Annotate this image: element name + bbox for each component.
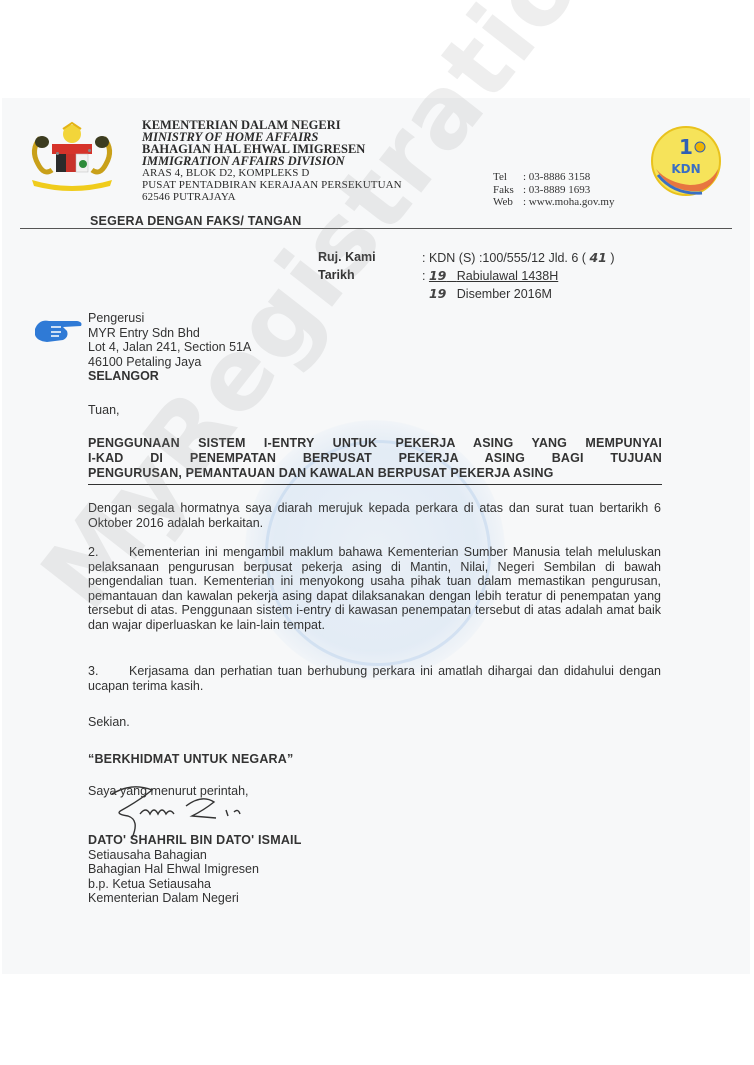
scan-speck — [88, 149, 91, 152]
date-gregorian: 19 Disember 2016M — [422, 285, 552, 303]
ref-handwritten-number: 41 — [589, 250, 606, 265]
svg-text:1: 1 — [679, 135, 693, 159]
contact-info: Tel: 03-8886 3158 Faks: 03-8889 1693 Web… — [493, 171, 614, 209]
ref-value: : KDN (S) :100/555/12 Jld. 6 ( 41 ) — [422, 249, 615, 267]
closing-sekian: Sekian. — [88, 715, 130, 729]
signatory-name: DATO' SHAHRIL BIN DATO' ISMAIL — [88, 833, 302, 848]
fax-value: : 03-8889 1693 — [523, 184, 590, 197]
signature-icon — [92, 780, 282, 840]
tel-label: Tel — [493, 171, 523, 184]
paragraph-number: 3. — [88, 664, 129, 679]
signatory-title: Bahagian Hal Ehwal Imigresen — [88, 862, 302, 877]
urgency-note: SEGERA DENGAN FAKS/ TANGAN — [90, 214, 301, 228]
tel-value: : 03-8886 3158 — [523, 171, 590, 184]
malaysia-coat-of-arms-icon — [22, 120, 122, 192]
paragraph-3: 3.Kerjasama dan perhatian tuan berhubung… — [88, 664, 661, 693]
web-label: Web — [493, 196, 523, 209]
pointing-hand-icon — [33, 315, 85, 345]
closing-motto: “BERKHIDMAT UNTUK NEGARA” — [88, 752, 293, 766]
svg-text:KDN: KDN — [671, 162, 700, 176]
signatory-title: Kementerian Dalam Negeri — [88, 891, 302, 906]
scan-speck — [56, 152, 59, 155]
date-hijri: : 19 Rabiulawal 1438H — [422, 267, 558, 285]
signatory-title: b.p. Ketua Setiausaha — [88, 877, 302, 892]
paragraph-2: 2.Kementerian ini mengambil maklum bahaw… — [88, 545, 661, 633]
salutation: Tuan, — [88, 403, 120, 417]
signatory-block: DATO' SHAHRIL BIN DATO' ISMAIL Setiausah… — [88, 833, 302, 906]
web-value: : www.moha.gov.my — [523, 196, 614, 209]
fax-label: Faks — [493, 184, 523, 197]
signatory-title: Setiausaha Bahagian — [88, 848, 302, 863]
kdn-logo-icon: 1 KDN — [650, 125, 722, 197]
